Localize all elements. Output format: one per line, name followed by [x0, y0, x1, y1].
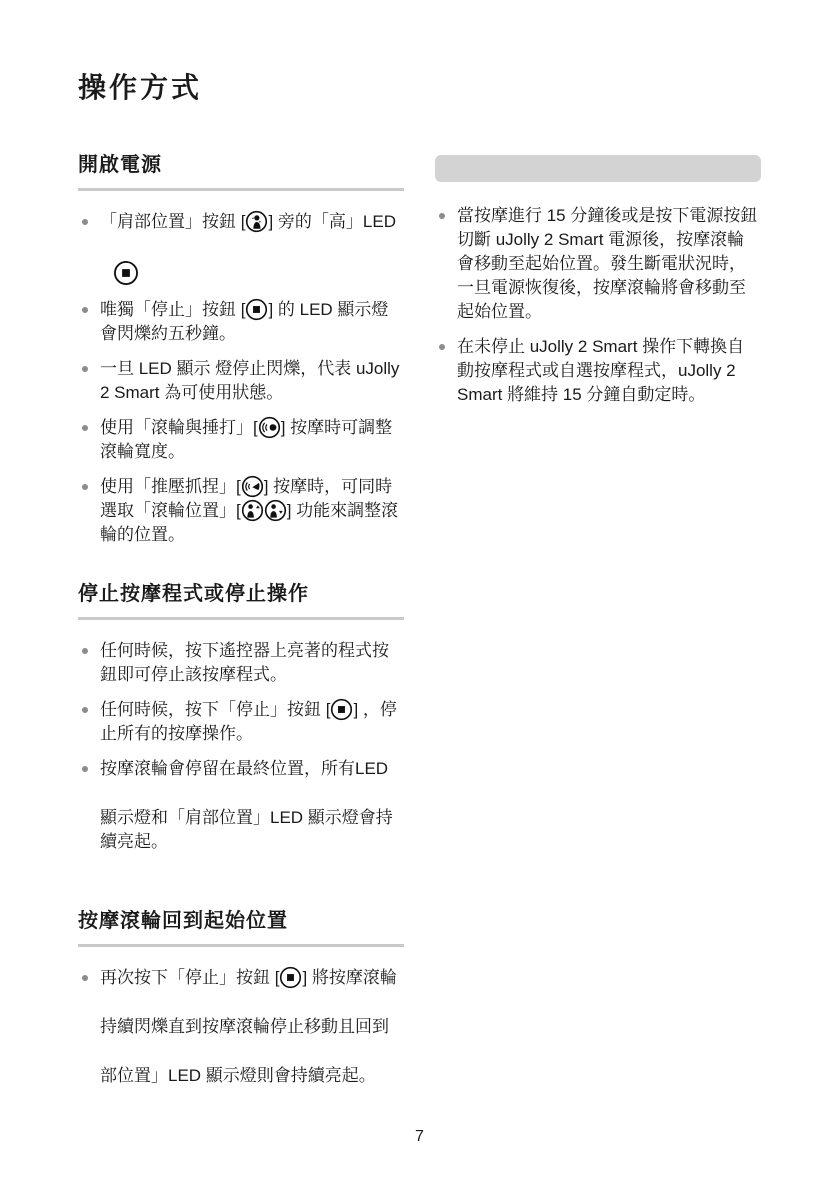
note-header-bar: [435, 155, 761, 182]
list-item: 唯獨「停止」按鈕 [] 的 LED 顯示燈會閃爍約五秒鐘。: [78, 298, 404, 346]
bullet-text: 一旦 LED 顯示 燈停止閃爍，代表 uJolly 2 Smart 為可使用狀態…: [100, 359, 399, 402]
stop-button-icon: [113, 260, 139, 286]
standalone-icon-line: [113, 260, 404, 287]
bullet-list: 任何時候，按下遙控器上亮著的程式按鈕即可停止該按摩程式。 任何時候，按下「停止」…: [78, 639, 404, 854]
section-heading: 停止按摩程式或停止操作: [78, 577, 404, 620]
list-item: 按摩滾輪會停留在最終位置，所有LED 顯示燈和「肩部位置」LED 顯示燈會持續亮…: [78, 757, 404, 854]
roller-position-up-icon: [241, 499, 264, 522]
kneading-massage-icon: [241, 475, 264, 498]
bullet-text: 再次按下「停止」按鈕 [: [100, 968, 279, 987]
bullet-text: 當按摩進行 15 分鐘後或是按下電源按鈕 切斷 uJolly 2 Smart 電…: [457, 206, 757, 321]
bullet-text: ] 將按摩滾輪: [302, 968, 396, 987]
bullet-text: 按摩滾輪會停留在最終位置，所有LED: [100, 759, 388, 778]
section-stop-massage: 停止按摩程式或停止操作 任何時候，按下遙控器上亮著的程式按鈕即可停止該按摩程式。…: [78, 577, 404, 854]
section-power-on: 開啟電源 「肩部位置」按鈕 [] 旁的「高」LED 唯獨「停止」按鈕 [] 的 …: [78, 148, 404, 547]
rolling-and-tapping-massage-icon: [258, 416, 281, 439]
bullet-text: 持續閃爍直到按摩滾輪停止移動且回到: [100, 1015, 404, 1039]
list-item: 在未停止 uJolly 2 Smart 操作下轉換自動按摩程式或自選按摩程式，u…: [435, 335, 761, 407]
section-heading: 開啟電源: [78, 148, 404, 191]
bullet-list: 再次按下「停止」按鈕 [] 將按摩滾輪 持續閃爍直到按摩滾輪停止移動且回到 部位…: [78, 966, 404, 1088]
stop-button-icon: [245, 298, 268, 321]
list-item: 使用「滾輪與捶打」[] 按摩時可調整滾輪寬度。: [78, 416, 404, 464]
bullet-text: 部位置」LED 顯示燈則會持續亮起。: [100, 1064, 404, 1088]
page-number: 7: [0, 1128, 839, 1146]
stop-button-icon: [279, 966, 302, 989]
list-item: 使用「推壓抓捏」[] 按摩時，可同時選取「滾輪位置」[] 功能來調整滾輪的位置。: [78, 475, 404, 547]
list-item: 任何時候，按下「停止」按鈕 [] ，停止所有的按摩操作。: [78, 698, 404, 746]
bullet-text: 「肩部位置」按鈕 [: [100, 212, 245, 231]
bullet-text: 在未停止 uJolly 2 Smart 操作下轉換自動按摩程式或自選按摩程式，u…: [457, 337, 744, 404]
page-title: 操作方式: [78, 66, 202, 106]
section-rollers-return: 按摩滾輪回到起始位置 再次按下「停止」按鈕 [] 將按摩滾輪 持續閃爍直到按摩滾…: [78, 904, 404, 1088]
bullet-text: 顯示燈和「肩部位置」LED 顯示燈會持續亮起。: [100, 806, 404, 854]
shoulder-position-button-icon: [245, 210, 268, 233]
list-item: 再次按下「停止」按鈕 [] 將按摩滾輪 持續閃爍直到按摩滾輪停止移動且回到 部位…: [78, 966, 404, 1088]
bullet-text: 使用「推壓抓捏」[: [100, 477, 241, 496]
bullet-text: 任何時候，按下「停止」按鈕 [: [100, 700, 330, 719]
list-item: 當按摩進行 15 分鐘後或是按下電源按鈕 切斷 uJolly 2 Smart 電…: [435, 204, 761, 324]
bullet-text: 唯獨「停止」按鈕 [: [100, 300, 245, 319]
right-column: 當按摩進行 15 分鐘後或是按下電源按鈕 切斷 uJolly 2 Smart 電…: [435, 148, 761, 418]
section-heading: 按摩滾輪回到起始位置: [78, 904, 404, 947]
bullet-text: ] 旁的「高」LED: [268, 212, 396, 231]
bullet-list: 「肩部位置」按鈕 [] 旁的「高」LED 唯獨「停止」按鈕 [] 的 LED 顯…: [78, 210, 404, 547]
bullet-list: 當按摩進行 15 分鐘後或是按下電源按鈕 切斷 uJolly 2 Smart 電…: [435, 204, 761, 407]
list-item: 「肩部位置」按鈕 [] 旁的「高」LED: [78, 210, 404, 287]
roller-position-down-icon: [264, 499, 287, 522]
list-item: 一旦 LED 顯示 燈停止閃爍，代表 uJolly 2 Smart 為可使用狀態…: [78, 357, 404, 405]
stop-button-icon: [330, 698, 353, 721]
list-item: 任何時候，按下遙控器上亮著的程式按鈕即可停止該按摩程式。: [78, 639, 404, 687]
bullet-text: 任何時候，按下遙控器上亮著的程式按鈕即可停止該按摩程式。: [100, 641, 389, 684]
bullet-text: 使用「滾輪與捶打」[: [100, 418, 258, 437]
left-column: 開啟電源 「肩部位置」按鈕 [] 旁的「高」LED 唯獨「停止」按鈕 [] 的 …: [78, 148, 404, 1099]
